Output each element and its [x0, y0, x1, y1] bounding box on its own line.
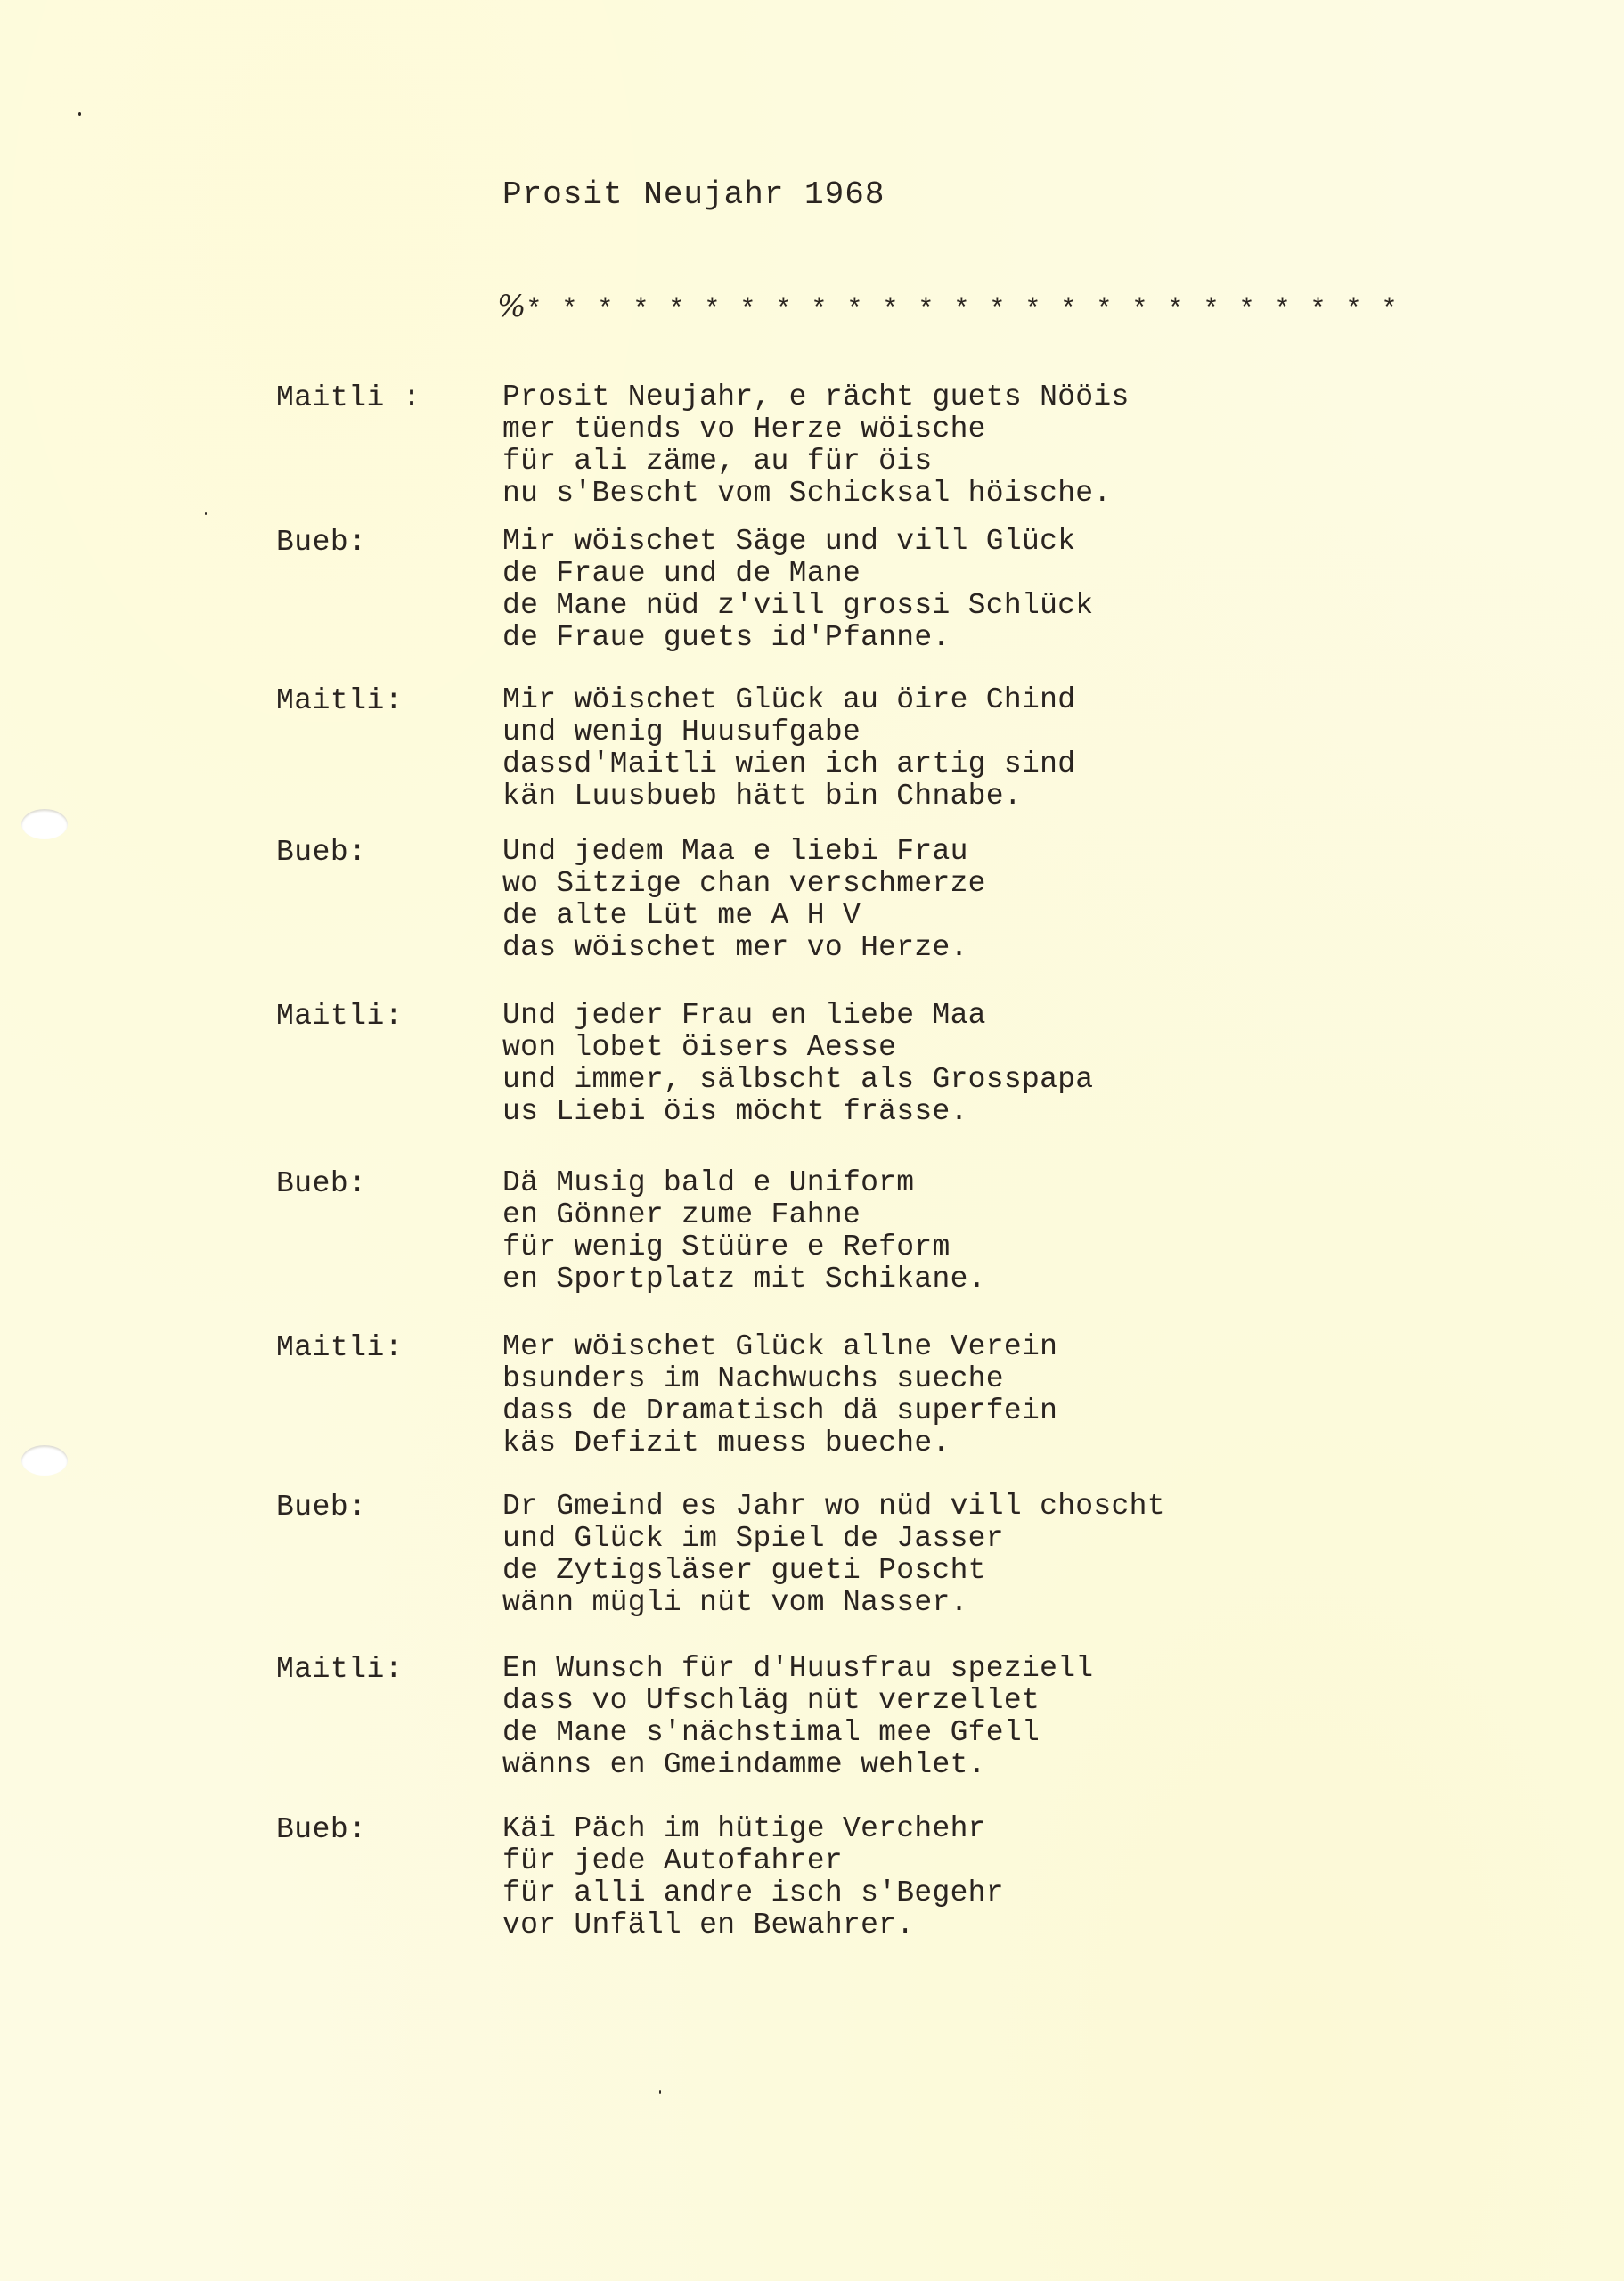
verse-lines: Mir wöischet Glück au öire Chindund weni…: [502, 684, 1075, 813]
verse-line: us Liebi öis möcht frässe.: [502, 1096, 1093, 1128]
verse-line: Prosit Neujahr, e rächt guets Nööis: [502, 381, 1130, 413]
punch-hole: [21, 809, 68, 839]
verse-line: de Fraue und de Mane: [502, 558, 1093, 590]
verse-line: dass vo Ufschläg nüt verzellet: [502, 1685, 1093, 1717]
verse-lines: Mir wöischet Säge und vill Glückde Fraue…: [502, 526, 1093, 654]
verse-lines: Mer wöischet Glück allne Vereinbsunders …: [502, 1331, 1057, 1459]
verse-line: Dä Musig bald e Uniform: [502, 1167, 986, 1199]
verse-line: won lobet öisers Aesse: [502, 1032, 1093, 1064]
verse-lines: Prosit Neujahr, e rächt guets Nööismer t…: [502, 381, 1130, 510]
speaker-label: Bueb:: [276, 1491, 367, 1524]
verse-lines: En Wunsch für d'Huusfrau spezielldass vo…: [502, 1653, 1093, 1781]
verse-line: dassd'Maitli wien ich artig sind: [502, 748, 1075, 781]
verse-line: de alte Lüt me A H V: [502, 900, 986, 932]
verse-line: und wenig Huusufgabe: [502, 716, 1075, 748]
speaker-label: Maitli:: [276, 1653, 403, 1686]
verse-line: und immer, sälbscht als Grosspapa: [502, 1064, 1093, 1096]
verse-line: Mir wöischet Säge und vill Glück: [502, 526, 1093, 558]
verse-line: und Glück im Spiel de Jasser: [502, 1523, 1165, 1555]
verse-line: Dr Gmeind es Jahr wo nüd vill choscht: [502, 1491, 1165, 1523]
paper-speck: [78, 112, 81, 116]
punch-hole: [21, 1445, 68, 1476]
verse-lines: Und jeder Frau en liebe Maawon lobet öis…: [502, 1000, 1093, 1128]
verse-line: En Wunsch für d'Huusfrau speziell: [502, 1653, 1093, 1685]
verse-line: für alli andre isch s'Begehr: [502, 1877, 1004, 1909]
verse-line: nu s'Bescht vom Schicksal höische.: [502, 478, 1130, 510]
verse-line: Käi Päch im hütige Verchehr: [502, 1813, 1004, 1845]
verse-line: käs Defizit muess bueche.: [502, 1427, 1057, 1459]
verse-line: en Gönner zume Fahne: [502, 1199, 986, 1231]
verse-lines: Und jedem Maa e liebi Frauwo Sitzige cha…: [502, 836, 986, 964]
verse-line: dass de Dramatisch dä superfein: [502, 1395, 1057, 1427]
verse-line: Und jedem Maa e liebi Frau: [502, 836, 986, 868]
speaker-label: Maitli:: [276, 684, 403, 717]
speaker-label: Bueb:: [276, 526, 367, 559]
verse-line: Mir wöischet Glück au öire Chind: [502, 684, 1075, 716]
verse-line: das wöischet mer vo Herze.: [502, 932, 986, 964]
verse-line: mer tüends vo Herze wöische: [502, 413, 1130, 446]
paper-speck: [205, 512, 207, 515]
verse-line: de Zytigsläser gueti Poscht: [502, 1555, 1165, 1587]
verse-line: de Fraue guets id'Pfanne.: [502, 622, 1093, 654]
speaker-label: Maitli:: [276, 1331, 403, 1364]
verse-line: für ali zäme, au für öis: [502, 446, 1130, 478]
verse-line: Und jeder Frau en liebe Maa: [502, 1000, 1093, 1032]
speaker-label: Bueb:: [276, 1813, 367, 1846]
verse-line: wo Sitzige chan verschmerze: [502, 868, 986, 900]
verse-lines: Käi Päch im hütige Verchehrfür jede Auto…: [502, 1813, 1004, 1942]
verse-line: de Mane nüd z'vill grossi Schlück: [502, 590, 1093, 622]
verse-line: de Mane s'nächstimal mee Gfell: [502, 1717, 1093, 1749]
verse-line: Mer wöischet Glück allne Verein: [502, 1331, 1057, 1363]
page-title: Prosit Neujahr 1968: [502, 176, 885, 213]
percent-mark: %: [497, 289, 526, 324]
verse-lines: Dä Musig bald e Uniformen Gönner zume Fa…: [502, 1167, 986, 1296]
verse-line: wänn mügli nüt vom Nasser.: [502, 1587, 1165, 1619]
verse-line: en Sportplatz mit Schikane.: [502, 1263, 986, 1296]
speaker-label: Bueb:: [276, 1167, 367, 1200]
speaker-label: Bueb:: [276, 836, 367, 869]
verse-line: für wenig Stüüre e Reform: [502, 1231, 986, 1263]
verse-line: bsunders im Nachwuchs sueche: [502, 1363, 1057, 1395]
speaker-label: Maitli:: [276, 1000, 403, 1033]
asterisk-rule: * * * * * * * * * * * * * * * * * * * * …: [526, 295, 1399, 325]
verse-lines: Dr Gmeind es Jahr wo nüd vill choschtund…: [502, 1491, 1165, 1619]
title-separator: %* * * * * * * * * * * * * * * * * * * *…: [461, 258, 1399, 325]
verse-line: für jede Autofahrer: [502, 1845, 1004, 1877]
verse-line: vor Unfäll en Bewahrer.: [502, 1909, 1004, 1942]
verse-line: kän Luusbueb hätt bin Chnabe.: [502, 781, 1075, 813]
verse-line: wänns en Gmeindamme wehlet.: [502, 1749, 1093, 1781]
speaker-label: Maitli :: [276, 381, 420, 414]
paper-speck: [659, 2090, 661, 2094]
